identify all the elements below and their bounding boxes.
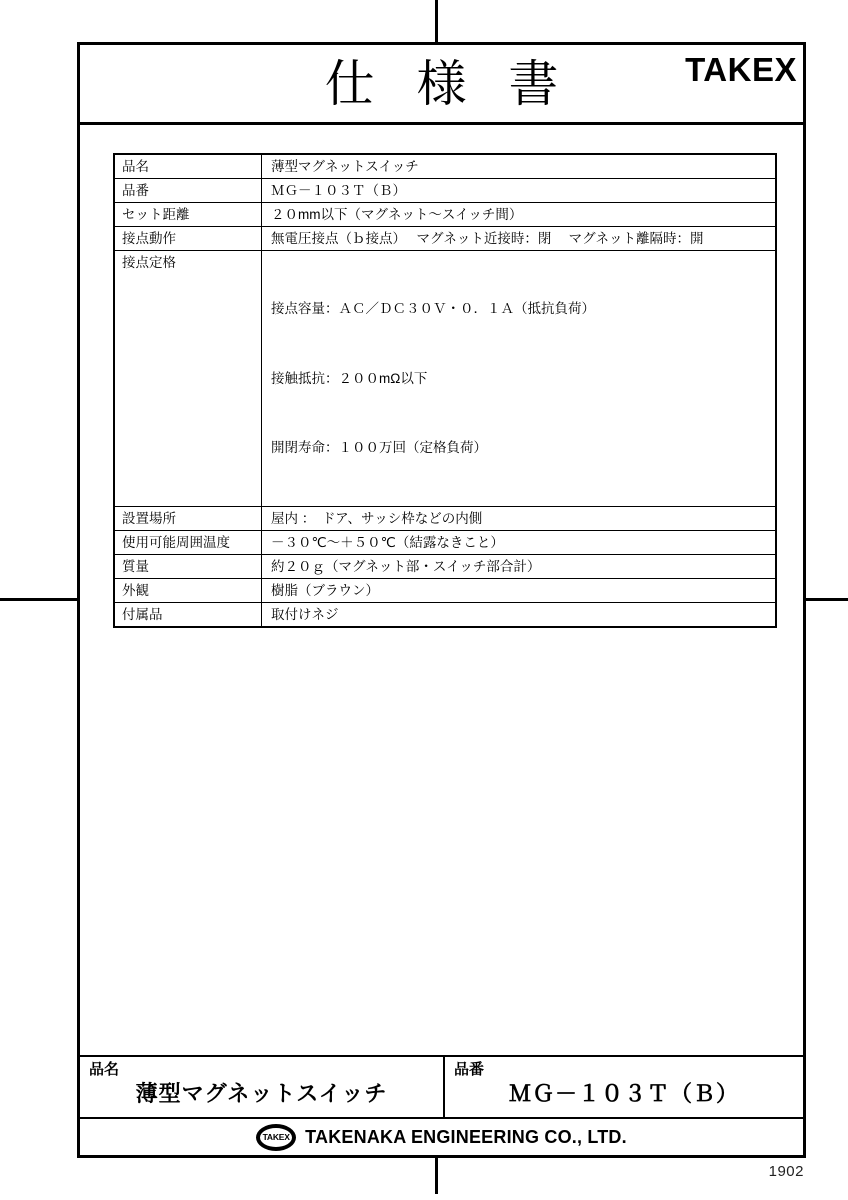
product-model-value: ＭＧ－１０３Ｔ（Ｂ）: [509, 1077, 739, 1108]
spec-row-installation-place: 設置場所 屋内 ： ドア、サッシ枠などの内側: [115, 506, 775, 530]
spec-value-line: 接点容量：ＡＣ／ＤＣ３０Ｖ・０．１Ａ（抵抗負荷）: [271, 297, 775, 321]
spec-row-contact-rating: 接点定格 接点容量：ＡＣ／ＤＣ３０Ｖ・０．１Ａ（抵抗負荷） 接触抵抗：２００mΩ…: [115, 250, 775, 506]
crop-mark-bottom: [435, 1157, 438, 1194]
spec-value-line: 接触抵抗：２００mΩ以下: [271, 367, 775, 391]
spec-row-model-number: 品番 ＭＧ－１０３Ｔ（Ｂ）: [115, 178, 775, 202]
spec-label: 設置場所: [115, 507, 262, 530]
title-block: 品名 薄型マグネットスイッチ 品番 ＭＧ－１０３Ｔ（Ｂ）: [80, 1055, 803, 1117]
takex-oval-logo: TAKEX: [256, 1124, 296, 1151]
spec-label: 外観: [115, 579, 262, 602]
spec-value-line: 開閉寿命：１００万回（定格負荷）: [271, 436, 775, 460]
spec-value: 接点容量：ＡＣ／ＤＣ３０Ｖ・０．１Ａ（抵抗負荷） 接触抵抗：２００mΩ以下 開閉…: [262, 251, 775, 506]
product-name-cell: 品名 薄型マグネットスイッチ: [80, 1057, 445, 1117]
document-frame: 仕 様 書 TAKEX 品名 薄型マグネットスイッチ 品番 ＭＧ－１０３Ｔ（Ｂ）…: [77, 42, 806, 1158]
product-model-label: 品番: [454, 1062, 484, 1077]
company-name: TAKENAKA ENGINEERING CO., LTD.: [305, 1128, 627, 1146]
document-body: 品名 薄型マグネットスイッチ 品番 ＭＧ－１０３Ｔ（Ｂ） セット距離 ２０mm以…: [80, 125, 803, 1055]
spec-label: セット距離: [115, 203, 262, 226]
spec-row-ambient-temperature: 使用可能周囲温度 －３０℃～＋５０℃（結露なきこと）: [115, 530, 775, 554]
document-title: 仕 様 書: [311, 59, 573, 109]
spec-value: 無電圧接点（ｂ接点） マグネット近接時：閉 マグネット離隔時：開: [262, 227, 775, 250]
spec-row-appearance: 外観 樹脂（ブラウン）: [115, 578, 775, 602]
product-name-label: 品名: [89, 1062, 119, 1077]
takex-wordmark: TAKEX: [685, 53, 797, 86]
product-name-value: 薄型マグネットスイッチ: [136, 1077, 388, 1108]
spec-label: 質量: [115, 555, 262, 578]
spec-value: 屋内 ： ドア、サッシ枠などの内側: [262, 507, 775, 530]
spec-value: －３０℃～＋５０℃（結露なきこと）: [262, 531, 775, 554]
document-header: 仕 様 書 TAKEX: [80, 45, 803, 125]
spec-value: 取付けネジ: [262, 603, 775, 626]
spec-row-set-distance: セット距離 ２０mm以下（マグネット～スイッチ間）: [115, 202, 775, 226]
crop-mark-left: [0, 598, 78, 601]
crop-mark-top: [435, 0, 438, 43]
spec-sheet-page: 仕 様 書 TAKEX 品名 薄型マグネットスイッチ 品番 ＭＧ－１０３Ｔ（Ｂ）…: [0, 0, 848, 1200]
spec-table: 品名 薄型マグネットスイッチ 品番 ＭＧ－１０３Ｔ（Ｂ） セット距離 ２０mm以…: [113, 153, 777, 628]
spec-row-accessories: 付属品 取付けネジ: [115, 602, 775, 626]
spec-value: ＭＧ－１０３Ｔ（Ｂ）: [262, 179, 775, 202]
spec-label: 付属品: [115, 603, 262, 626]
spec-label: 接点動作: [115, 227, 262, 250]
spec-label: 品番: [115, 179, 262, 202]
spec-value: 樹脂（ブラウン）: [262, 579, 775, 602]
spec-label: 接点定格: [115, 251, 262, 506]
spec-value: 約２０ｇ（マグネット部・スイッチ部合計）: [262, 555, 775, 578]
spec-row-contact-operation: 接点動作 無電圧接点（ｂ接点） マグネット近接時：閉 マグネット離隔時：開: [115, 226, 775, 250]
product-model-cell: 品番 ＭＧ－１０３Ｔ（Ｂ）: [445, 1057, 803, 1117]
crop-mark-right: [805, 598, 848, 601]
page-number: 1902: [769, 1163, 804, 1180]
takex-oval-logo-text: TAKEX: [263, 1133, 290, 1142]
spec-label: 使用可能周囲温度: [115, 531, 262, 554]
company-footer: TAKEX TAKENAKA ENGINEERING CO., LTD.: [80, 1117, 803, 1155]
spec-label: 品名: [115, 155, 262, 178]
spec-value: 薄型マグネットスイッチ: [262, 155, 775, 178]
spec-row-mass: 質量 約２０ｇ（マグネット部・スイッチ部合計）: [115, 554, 775, 578]
spec-row-product-name: 品名 薄型マグネットスイッチ: [115, 155, 775, 178]
spec-value: ２０mm以下（マグネット～スイッチ間）: [262, 203, 775, 226]
